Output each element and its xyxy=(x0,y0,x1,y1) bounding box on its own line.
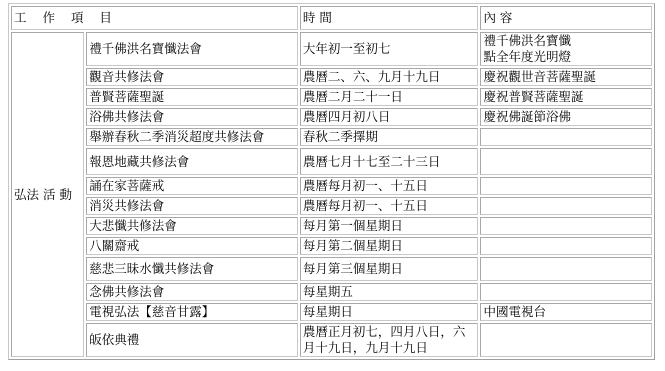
time-cell: 農曆四月初八日 xyxy=(300,108,479,126)
content-line: 點全年度光明燈 xyxy=(483,49,649,65)
table-row: 八關齋戒每月第二個星期日 xyxy=(11,237,652,255)
content-cell xyxy=(480,323,652,357)
time-cell: 每星期五 xyxy=(300,283,479,301)
time-cell: 大年初一至初七 xyxy=(300,32,479,66)
item-cell: 普賢菩薩聖誕 xyxy=(86,88,298,106)
content-cell xyxy=(480,177,652,195)
content-cell xyxy=(480,283,652,301)
table-row: 誦在家菩薩戒農曆每月初一、十五日 xyxy=(11,177,652,195)
header-time: 時 間 xyxy=(300,6,479,30)
item-cell: 誦在家菩薩戒 xyxy=(86,177,298,195)
table-row: 大悲懺共修法會每月第一個星期日 xyxy=(11,217,652,235)
time-cell: 每星期日 xyxy=(300,303,479,321)
table-row: 浴佛共修法會農曆四月初八日慶祝佛誕節浴佛 xyxy=(11,108,652,126)
table-row: 皈依典禮農曆正月初七，四月八日，六月十九日，九月十九日 xyxy=(11,323,652,357)
header-content: 內 容 xyxy=(480,6,652,30)
category-cell: 弘法 活 動 xyxy=(11,32,84,357)
content-line: 中國電視台 xyxy=(483,304,649,320)
content-cell xyxy=(480,257,652,281)
content-cell: 慶祝佛誕節浴佛 xyxy=(480,108,652,126)
content-cell xyxy=(480,197,652,215)
table-row: 普賢菩薩聖誕農曆二月二十一日慶祝普賢菩薩聖誕 xyxy=(11,88,652,106)
content-line: 慶祝普賢菩薩聖誕 xyxy=(483,89,649,105)
table-row: 慈悲三昧水懺共修法會每月第三個星期日 xyxy=(11,257,652,281)
content-cell xyxy=(480,128,652,146)
item-cell: 觀音共修法會 xyxy=(86,68,298,86)
header-row: 工 作 項 目 時 間 內 容 xyxy=(11,6,652,30)
time-cell: 春秋二季擇期 xyxy=(300,128,479,146)
item-cell: 舉辦春秋二季消災超度共修法會 xyxy=(86,128,298,146)
item-cell: 電視弘法【慈音甘露】 xyxy=(86,303,298,321)
table-row: 電視弘法【慈音甘露】每星期日中國電視台 xyxy=(11,303,652,321)
time-cell: 農曆正月初七，四月八日，六月十九日，九月十九日 xyxy=(300,323,479,357)
content-cell: 中國電視台 xyxy=(480,303,652,321)
item-cell: 消災共修法會 xyxy=(86,197,298,215)
time-cell: 農曆二、六、九月十九日 xyxy=(300,68,479,86)
table-row: 弘法 活 動禮千佛洪名寶懺法會大年初一至初七禮千佛洪名寶懺點全年度光明燈 xyxy=(11,32,652,66)
table-row: 舉辦春秋二季消災超度共修法會春秋二季擇期 xyxy=(11,128,652,146)
content-cell xyxy=(480,148,652,175)
item-cell: 慈悲三昧水懺共修法會 xyxy=(86,257,298,281)
header-item: 工 作 項 目 xyxy=(11,6,298,30)
item-cell: 報恩地藏共修法會 xyxy=(86,148,298,175)
time-cell: 農曆二月二十一日 xyxy=(300,88,479,106)
content-cell xyxy=(480,237,652,255)
table-row: 消災共修法會農曆每月初一、十五日 xyxy=(11,197,652,215)
content-cell xyxy=(480,217,652,235)
activities-table: 工 作 項 目 時 間 內 容 弘法 活 動禮千佛洪名寶懺法會大年初一至初七禮千… xyxy=(8,3,655,360)
item-cell: 八關齋戒 xyxy=(86,237,298,255)
item-cell: 念佛共修法會 xyxy=(86,283,298,301)
content-line: 慶祝佛誕節浴佛 xyxy=(483,109,649,125)
content-line: 慶祝觀世音菩薩聖誕 xyxy=(483,69,649,85)
content-cell: 慶祝觀世音菩薩聖誕 xyxy=(480,68,652,86)
time-cell: 農曆每月初一、十五日 xyxy=(300,177,479,195)
time-cell: 每月第三個星期日 xyxy=(300,257,479,281)
time-cell: 每月第一個星期日 xyxy=(300,217,479,235)
content-cell: 慶祝普賢菩薩聖誕 xyxy=(480,88,652,106)
table-row: 念佛共修法會每星期五 xyxy=(11,283,652,301)
time-cell: 農曆每月初一、十五日 xyxy=(300,197,479,215)
item-cell: 皈依典禮 xyxy=(86,323,298,357)
time-cell: 農曆七月十七至二十三日 xyxy=(300,148,479,175)
time-cell: 每月第二個星期日 xyxy=(300,237,479,255)
item-cell: 大悲懺共修法會 xyxy=(86,217,298,235)
table-row: 觀音共修法會農曆二、六、九月十九日慶祝觀世音菩薩聖誕 xyxy=(11,68,652,86)
item-cell: 禮千佛洪名寶懺法會 xyxy=(86,32,298,66)
table-row: 報恩地藏共修法會農曆七月十七至二十三日 xyxy=(11,148,652,175)
content-line: 禮千佛洪名寶懺 xyxy=(483,33,649,49)
item-cell: 浴佛共修法會 xyxy=(86,108,298,126)
content-cell: 禮千佛洪名寶懺點全年度光明燈 xyxy=(480,32,652,66)
